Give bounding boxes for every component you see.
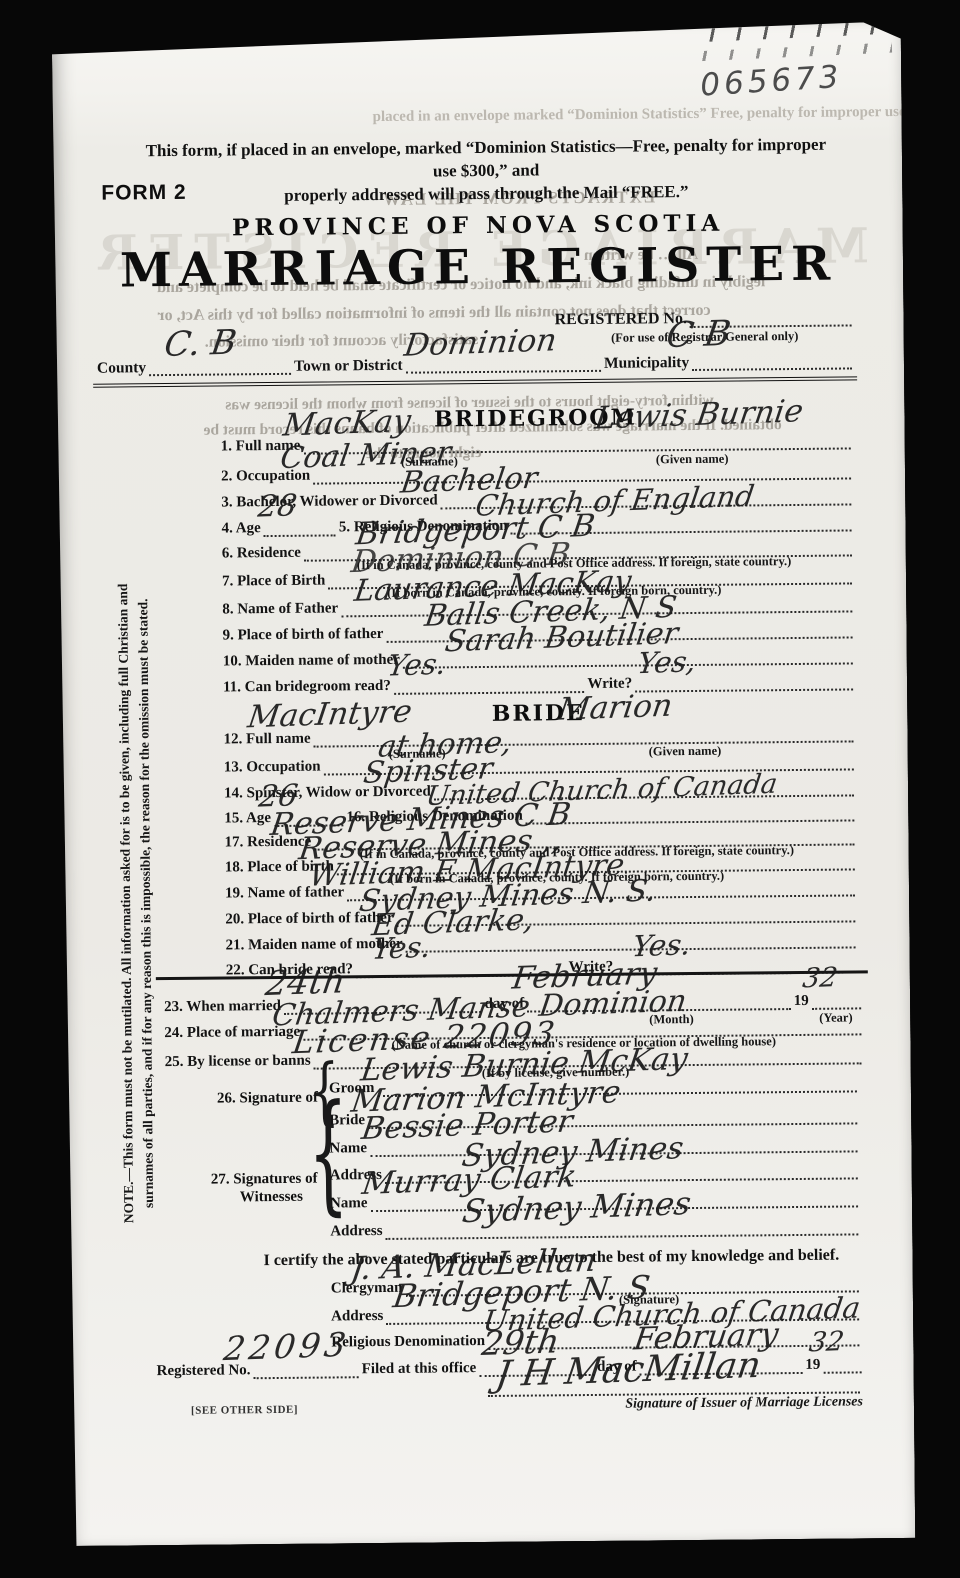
field-label: 19 xyxy=(805,1357,820,1374)
field-label: Religious Denomination xyxy=(331,1333,485,1351)
issuer-label: Signature of Issuer of Marriage Licenses xyxy=(583,1394,863,1413)
blank-line xyxy=(823,1368,861,1373)
mail-notice-line1: This form, if placed in an envelope, mar… xyxy=(146,135,827,181)
blank-line xyxy=(149,370,291,376)
signature-of-label: 26. Signature of xyxy=(217,1090,318,1108)
mail-notice: This form, if placed in an envelope, mar… xyxy=(141,133,832,209)
bg-given-entry: Lewis Burnie xyxy=(593,396,805,434)
cut-off-scribble-marks xyxy=(700,21,885,42)
blank-line xyxy=(812,1004,861,1009)
section-divider xyxy=(93,376,857,387)
br-given-entry: Marion xyxy=(556,691,674,726)
form-number-label: FORM 2 xyxy=(101,181,187,206)
bg-read-entry: Yes. xyxy=(386,650,448,681)
witnesses-label-line: 27. Signatures of xyxy=(211,1171,318,1188)
issuer-signature-entry: J H MacMillan xyxy=(494,1348,763,1393)
bg-write-entry: Yes, xyxy=(636,647,698,678)
blank-line xyxy=(254,1373,359,1379)
see-other-side-label: [SEE OTHER SIDE] xyxy=(191,1404,298,1417)
br-mother-row: 21. Maiden name of mother xyxy=(225,931,858,954)
year-entry: 32 xyxy=(801,964,839,992)
marriage-register-page: placed in an envelope marked “Dominion S… xyxy=(52,22,916,1546)
blank-line xyxy=(692,364,852,371)
blank-line xyxy=(264,531,336,537)
blank-line xyxy=(394,688,585,695)
witness2-address-entry: Sydney Mines xyxy=(460,1187,693,1227)
blank-line xyxy=(406,367,601,374)
field-label: Filed at this office xyxy=(362,1360,477,1378)
file-number-stamp: 065673 xyxy=(699,59,843,104)
witnesses-label: 27. Signatures of Witnesses xyxy=(211,1170,318,1207)
field-label: 8. Name of Father xyxy=(222,600,338,618)
side-note-line: surnames of all parties, and if for any … xyxy=(135,598,156,1208)
field-label: 19 xyxy=(794,993,809,1010)
field-label: 11. Can bridegroom read? xyxy=(223,678,391,696)
registered-no-entry: 22093 xyxy=(222,1328,352,1366)
filed-year-entry: 32 xyxy=(807,1328,845,1356)
blank-line xyxy=(313,474,851,484)
bg-age-entry: 28 xyxy=(256,491,299,522)
blank-line xyxy=(386,1230,859,1240)
field-label: Address xyxy=(331,1308,383,1325)
field-label: 6. Residence xyxy=(222,545,301,562)
municipality-entry: C B xyxy=(664,317,733,354)
blank-line xyxy=(526,816,855,824)
town-district-entry: Dominion xyxy=(402,325,558,361)
field-label: 4. Age xyxy=(221,520,260,537)
field-label: 9. Place of birth of father xyxy=(222,626,383,644)
field-label: Address xyxy=(330,1223,382,1240)
field-label: 13. Occupation xyxy=(224,759,321,776)
county-label: County xyxy=(97,359,146,377)
field-label: 10. Maiden name of mother xyxy=(223,652,400,670)
br-surname-entry: MacIntyre xyxy=(246,697,414,734)
blank-line xyxy=(406,943,856,952)
field-label: 25. By license or banns xyxy=(165,1053,311,1071)
mail-notice-line2: properly addressed will pass through the… xyxy=(284,182,688,205)
witnesses-label-line: Witnesses xyxy=(240,1189,303,1206)
page-title: MARRIAGE REGISTER xyxy=(54,236,903,299)
cut-off-scribble-marks xyxy=(692,43,892,62)
blank-line xyxy=(403,659,853,668)
town-district-label: Town or District xyxy=(294,357,403,375)
ghost-mail-notice: placed in an envelope marked “Dominion S… xyxy=(373,103,960,126)
br-read-entry: Yes. xyxy=(370,933,432,964)
county-entry: C. B xyxy=(162,325,238,362)
bg-read-write-row: 11. Can bridegroom read? Write? xyxy=(223,673,856,696)
municipality-label: Municipality xyxy=(604,354,689,372)
scanned-photo-frame: placed in an envelope marked “Dominion S… xyxy=(0,0,960,1578)
side-note-line: NOTE.—This form must not be mutilated. A… xyxy=(115,584,136,1224)
side-note: NOTE.—This form must not be mutilated. A… xyxy=(113,573,163,1233)
field-label: 7. Place of Birth xyxy=(222,573,325,590)
